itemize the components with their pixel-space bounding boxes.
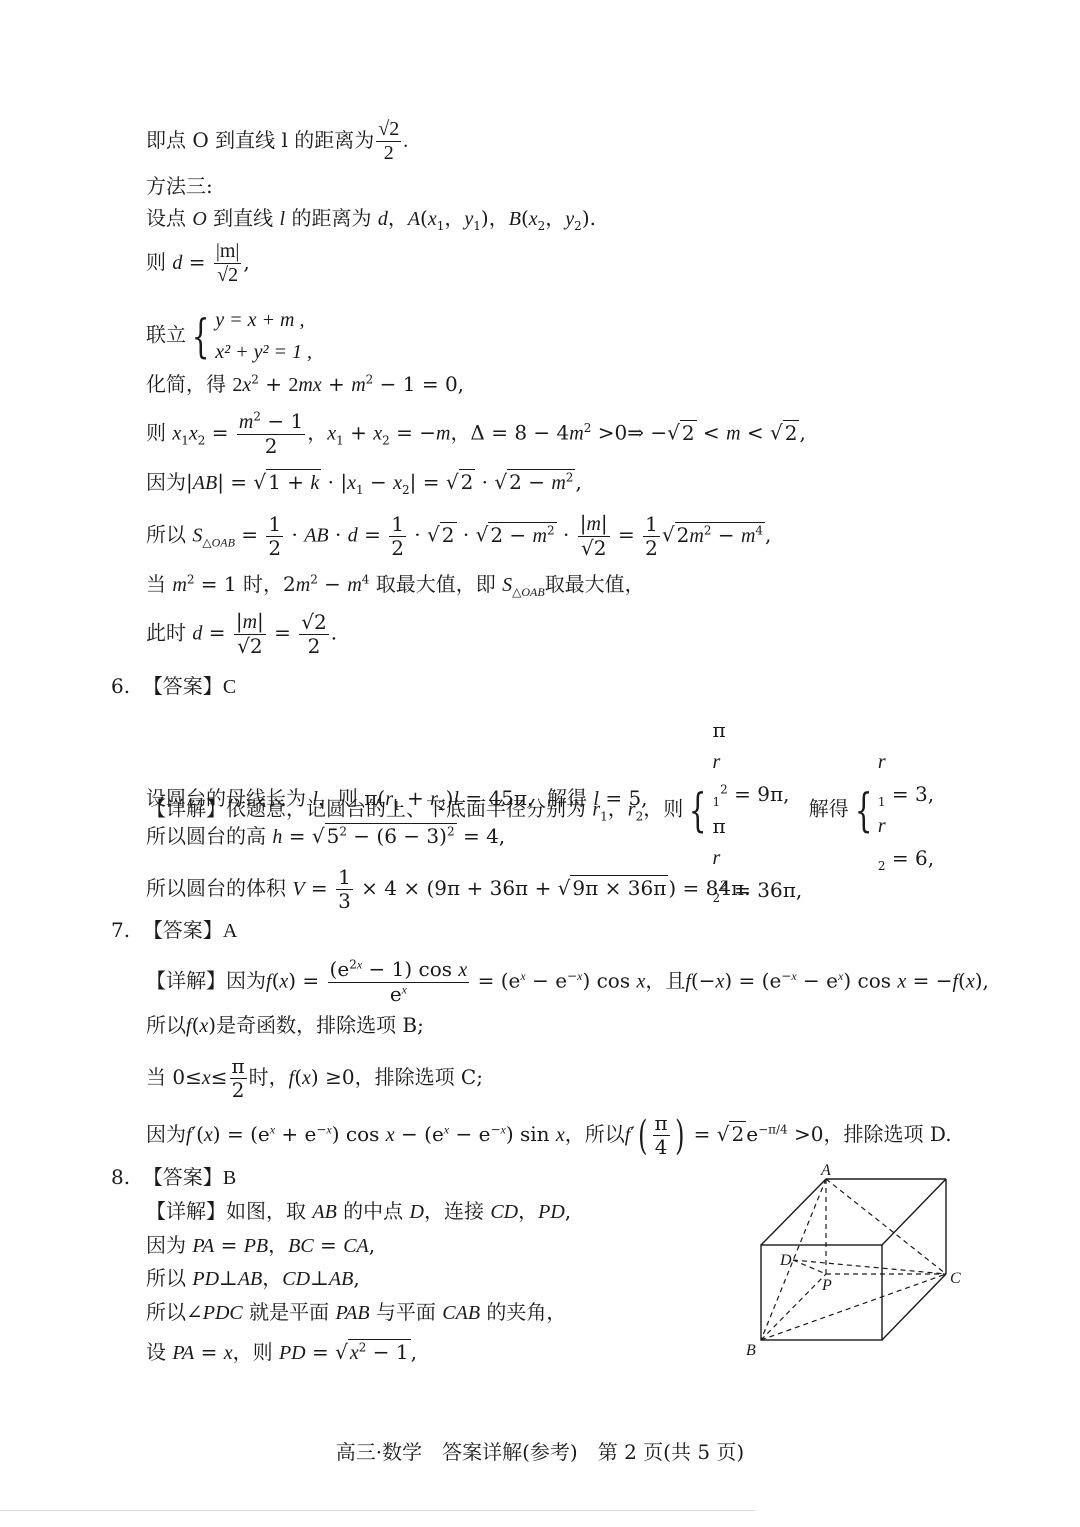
q6-line3: 所以圆台的高 h = √52 − (6 − 3)2 = 4, — [146, 826, 505, 847]
q5-system: 联立{y = x + m ,x² + y² = 1 , — [146, 304, 312, 368]
q8-line4: 所以∠PDC 就是平面 PAB 与平面 CAB 的夹角， — [146, 1302, 566, 1323]
q5-d-formula: 则 d = |m|√2, — [146, 240, 250, 287]
q5-simplify: 化简，得 2x2 + 2mx + m2 − 1 = 0, — [146, 374, 464, 395]
q7-line4: 因为f′(x) = (ex + e−x) cos x − (ex − e−x) … — [146, 1112, 952, 1159]
q7-line1: 【详解】因为f(x) = (e2x − 1) cos xex = (ex − e… — [146, 958, 989, 1006]
cube-figure: A D P C B — [730, 1155, 980, 1365]
q6-answer: 6. 【答案】C — [111, 676, 236, 697]
q6-number: 6. — [111, 674, 130, 698]
q8-line2: 因为 PA = PB，BC = CA, — [146, 1235, 375, 1256]
q7-answer-value: A — [223, 920, 237, 942]
q7-number: 7. — [111, 918, 130, 942]
page-footer: 高三·数学 答案详解(参考) 第 2 页(共 5 页) — [0, 1436, 1080, 1465]
q8-line1: 【详解】如图，取 AB 的中点 D，连接 CD，PD, — [146, 1201, 571, 1222]
q5-set-line: 设点 O 到直线 l 的距离为 d，A(x1，y1)，B(x2，y2). — [146, 208, 596, 229]
label-P: P — [821, 1277, 832, 1294]
bottom-divider — [0, 1510, 755, 1511]
q5-final: 此时 d = |m|√2 = √22. — [146, 610, 337, 658]
q5-vieta: 则 x1x2 = m2 − 12，x1 + x2 = −m，Δ = 8 − 4m… — [146, 410, 806, 458]
q5-ab-length: 因为|AB| = √1 + k · |x1 − x2| = √2 · √2 − … — [146, 472, 582, 493]
q6-line2: 设圆台的母线长为 l，则 π(r1 + r2)l = 45π，解得 l = 5, — [146, 788, 648, 809]
q8-number: 8. — [111, 1165, 130, 1189]
label-C: C — [950, 1270, 961, 1287]
label-A: A — [820, 1162, 831, 1179]
sqrt2-over-2: √22 — [376, 118, 401, 165]
q5-distance-text: 即点 O 到直线 l 的距离为 — [146, 128, 374, 152]
q5-max: 当 m2 = 1 时，2m2 − m4 取最大值，即 S△OAB取最大值， — [146, 574, 645, 595]
q7-line2: 所以f(x)是奇函数，排除选项 B; — [146, 1015, 424, 1036]
q5-area: 所以 S△OAB = 12 · AB · d = 12 · √2 · √2 − … — [146, 512, 771, 560]
q6-line4: 所以圆台的体积 V = 13 × 4 × (9π + 36π + √9π × 3… — [146, 866, 751, 913]
method-three-title: 方法三: — [146, 176, 213, 196]
q5-distance-conclusion: 即点 O 到直线 l 的距离为√22. — [146, 118, 408, 165]
q7-answer: 7. 【答案】A — [111, 920, 237, 941]
q8-line3: 所以 PD⊥AB，CD⊥AB, — [146, 1268, 360, 1289]
q8-answer: 8. 【答案】B — [111, 1167, 236, 1188]
q6-answer-value: C — [223, 676, 236, 698]
label-B: B — [746, 1342, 756, 1359]
q8-answer-value: B — [223, 1167, 236, 1189]
q8-line5: 设 PA = x，则 PD = √x2 − 1, — [146, 1342, 417, 1363]
label-D: D — [779, 1252, 792, 1269]
q7-line3: 当 0≤x≤π2时，f(x) ≥0，排除选项 C; — [146, 1055, 483, 1102]
